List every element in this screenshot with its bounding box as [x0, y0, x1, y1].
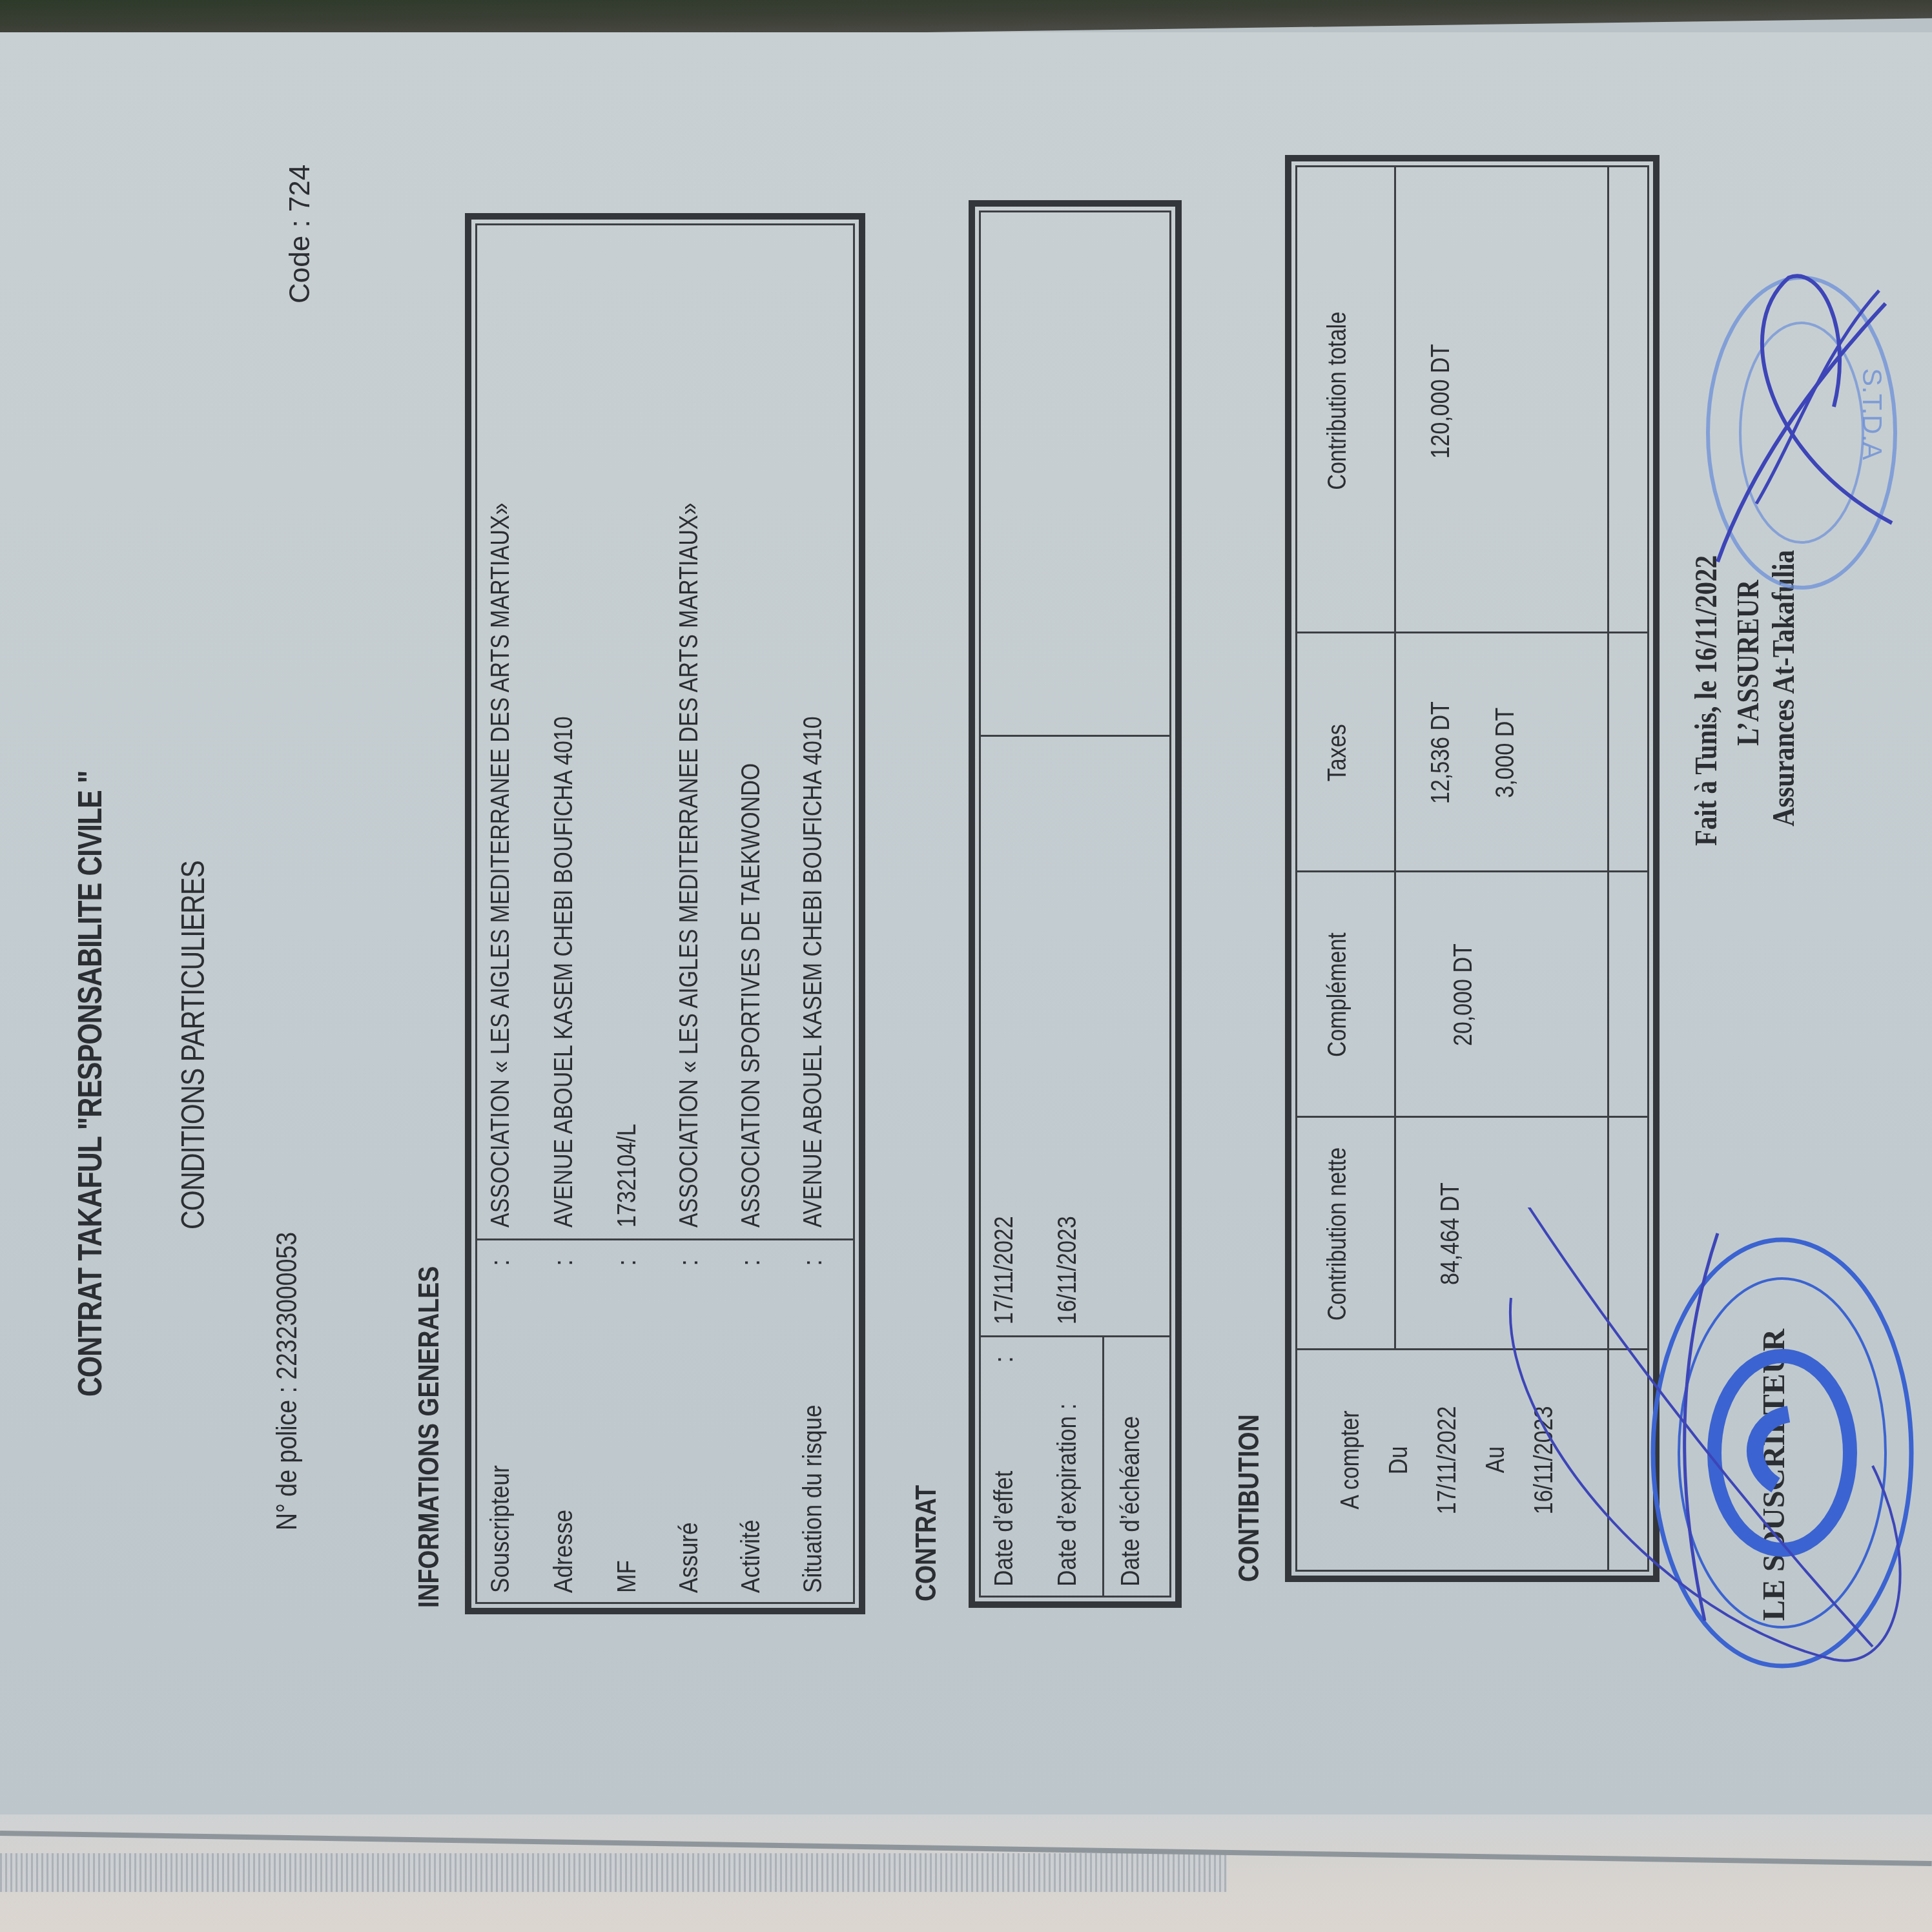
row-divider	[1102, 1337, 1104, 1596]
informations-generales-table: Souscripteur : ASSOCIATION « LES AIGLES …	[475, 223, 855, 1604]
header-complement: Complément	[1323, 872, 1352, 1118]
contribution-table: Contribution nette Complément Taxes Cont…	[1295, 165, 1649, 1572]
code-number: Code : 724	[284, 165, 316, 303]
info-colon: :	[486, 1259, 515, 1266]
value-contribution-totale: 120,000 DT	[1426, 169, 1455, 633]
column-divider	[477, 1238, 853, 1240]
contrat-box: Date d’effet : 17/11/2022 Date d’expirat…	[969, 200, 1182, 1608]
document-subtitle: CONDITIONS PARTICULIERES	[174, 314, 212, 1776]
info-value: 1732104/L	[613, 1124, 642, 1228]
souscripteur-label: LE SOUSCRIPTEUR	[1756, 1329, 1792, 1621]
informations-generales-box: Souscripteur : ASSOCIATION « LES AIGLES …	[465, 213, 865, 1614]
info-value: AVENUE ABOUEL KASEM CHEBI BOUFICHA 4010	[799, 716, 828, 1228]
info-value: AVENUE ABOUEL KASEM CHEBI BOUFICHA 4010	[550, 716, 579, 1228]
column-divider	[981, 735, 1169, 737]
fait-a-tunis: Fait à Tunis, le 16/11/2022	[1689, 555, 1724, 846]
contrat-table: Date d’effet : 17/11/2022 Date d’expirat…	[979, 211, 1171, 1598]
document-title: CONTRAT TAKAFUL "RESPONSABILITE CIVILE "	[71, 353, 110, 1814]
row-divider	[1607, 167, 1609, 1570]
info-label: Situation du risque	[799, 1404, 828, 1593]
assureur-label: L’ASSUREUR	[1731, 580, 1766, 746]
contrat-value: 16/11/2023	[1053, 1216, 1082, 1324]
header-contribution-nette: Contribution nette	[1323, 1118, 1352, 1350]
policy-number: N° de police : 22323000053	[271, 1232, 303, 1530]
contrat-label: Date d’échéance	[1116, 1416, 1146, 1587]
lace-fabric-edge	[0, 1853, 1227, 1892]
assureur-name: Assurances At-Takafulia	[1766, 550, 1802, 827]
value-complement: 20,000 DT	[1449, 872, 1478, 1118]
value-taxes-1: 12,536 DT	[1426, 633, 1455, 872]
info-colon: :	[799, 1259, 828, 1266]
header-contribution-totale: Contribution totale	[1323, 169, 1352, 633]
info-label: Souscripteur	[486, 1465, 515, 1593]
informations-generales-heading: INFORMATIONS GENERALES	[413, 1266, 446, 1608]
info-label: Activité	[737, 1520, 766, 1593]
info-colon: :	[737, 1259, 766, 1266]
contrat-label: Date d’expiration :	[1053, 1403, 1082, 1587]
info-label: Assuré	[675, 1522, 704, 1593]
contribution-heading: CONTIBUTION	[1233, 1414, 1266, 1582]
contrat-heading: CONTRAT	[910, 1485, 943, 1601]
header-taxes: Taxes	[1323, 633, 1352, 872]
row-divider	[1394, 167, 1396, 1350]
info-value: ASSOCIATION SPORTIVES DE TAEKWONDO	[737, 763, 766, 1228]
contract-page: CONTRAT TAKAFUL "RESPONSABILITE CIVILE "…	[0, 32, 1932, 1814]
period-to-date: 16/11/2023	[1530, 1350, 1559, 1570]
period-du: Du	[1384, 1350, 1413, 1570]
contribution-box: Contribution nette Complément Taxes Cont…	[1285, 155, 1660, 1582]
period-a-compter: A compter	[1336, 1350, 1365, 1570]
period-au: Au	[1481, 1350, 1510, 1570]
info-colon: :	[675, 1259, 704, 1266]
column-divider	[981, 1335, 1169, 1337]
contrat-value: 17/11/2022	[990, 1216, 1019, 1324]
info-colon: :	[550, 1259, 579, 1266]
contrat-label: Date d’effet	[990, 1471, 1019, 1587]
value-taxes-2: 3,000 DT	[1491, 633, 1520, 872]
info-value: ASSOCIATION « LES AIGLES MEDITERRANEE DE…	[675, 503, 704, 1228]
period-from-date: 17/11/2022	[1433, 1350, 1462, 1570]
info-colon: :	[613, 1259, 642, 1266]
value-contribution-nette: 84,464 DT	[1436, 1118, 1465, 1350]
contrat-colon: :	[990, 1356, 1019, 1363]
info-label: MF	[613, 1560, 642, 1593]
info-value: ASSOCIATION « LES AIGLES MEDITERRANEE DE…	[486, 503, 515, 1228]
svg-text:S.T.D.A: S.T.D.A	[1857, 368, 1887, 460]
info-label: Adresse	[550, 1510, 579, 1593]
